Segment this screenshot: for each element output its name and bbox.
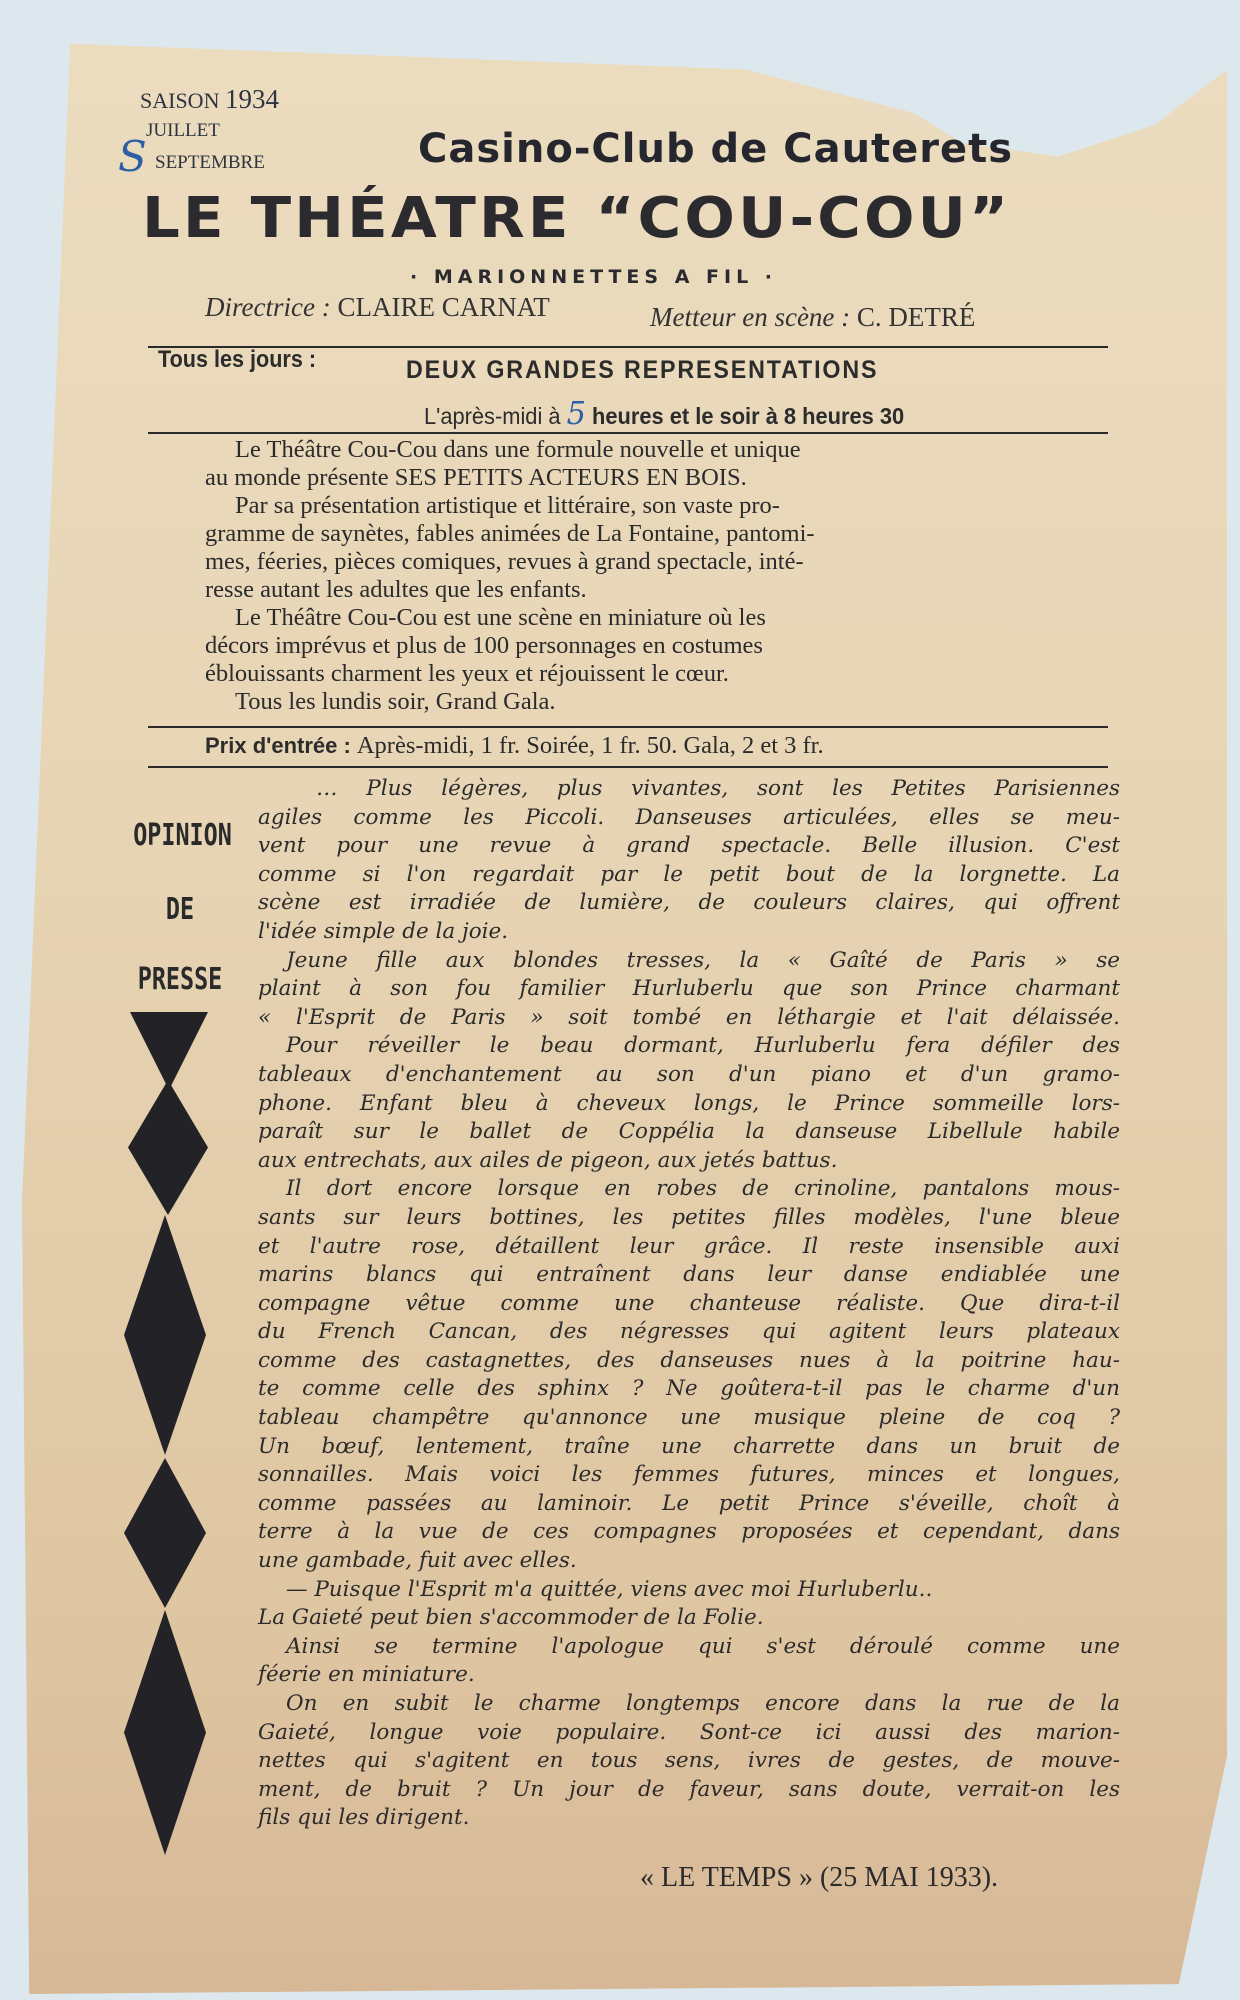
press-line: nettes qui s'agitent en tous sens, ivres…: [258, 1747, 1120, 1776]
venue-name: Casino-Club de Cauterets: [418, 126, 1013, 172]
press-line: tableaux d'enchantement au son d'un pian…: [258, 1061, 1120, 1090]
press-line: comme des castagnettes, des danseuses nu…: [258, 1347, 1120, 1376]
press-line: paraît sur le ballet de Coppélia la dans…: [258, 1118, 1120, 1147]
description-line: au monde présente SES PETITS ACTEURS EN …: [205, 464, 1055, 492]
handwritten-hour: 5: [567, 394, 586, 432]
side-title-presse: PRESSE: [133, 962, 227, 997]
schedule-headline: DEUX GRANDES REPRESENTATIONS: [406, 356, 878, 385]
director-label: Directrice :: [205, 292, 331, 322]
press-line: terre à la vue de ces compagnes proposée…: [258, 1518, 1120, 1547]
handwritten-mark: S: [118, 132, 147, 181]
press-line: compagne vêtue comme une chanteuse réali…: [258, 1290, 1120, 1319]
side-title-de: DE: [133, 892, 227, 927]
season-block: SAISON 1934: [140, 88, 279, 112]
press-line: comme si l'on regardait par le petit bou…: [258, 861, 1120, 890]
press-source: « LE TEMPS » (25 MAI 1933).: [640, 1862, 998, 1894]
description-line: gramme de saynètes, fables animées de La…: [205, 520, 1055, 548]
press-line: te comme celle des sphinx ? Ne goûtera-t…: [258, 1375, 1120, 1404]
stage-credit: Metteur en scène : C. DETRÉ: [650, 302, 975, 333]
divider: [148, 766, 1108, 768]
director-name: CLAIRE CARNAT: [337, 292, 549, 322]
divider: [148, 432, 1108, 434]
press-line: l'idée simple de la joie.: [258, 918, 1120, 947]
prices-text: Après-midi, 1 fr. Soirée, 1 fr. 50. Gala…: [357, 732, 824, 759]
season-year: 1934: [225, 84, 279, 114]
director-credit: Directrice : CLAIRE CARNAT: [205, 292, 550, 323]
side-title-opinion: OPINION: [133, 818, 227, 853]
times-suffix: heures et le soir à 8 heures 30: [592, 403, 904, 429]
prices-label: Prix d'entrée :: [205, 733, 351, 758]
subtitle: · MARIONNETTES A FIL ·: [410, 266, 777, 288]
season-label: SAISON: [140, 88, 219, 113]
press-line: On en subit le charme longtemps encore d…: [258, 1690, 1120, 1719]
press-line: ment, de bruit ? Un jour de faveur, sans…: [258, 1776, 1120, 1805]
press-line: agiles comme les Piccoli. Danseuses arti…: [258, 804, 1120, 833]
press-line: … Plus légères, plus vivantes, sont les …: [258, 775, 1120, 804]
description-line: Par sa présentation artistique et littér…: [205, 492, 1055, 520]
press-line: sonnailles. Mais voici les femmes future…: [258, 1461, 1120, 1490]
press-line: féerie en miniature.: [258, 1661, 1120, 1690]
stage-name: C. DETRÉ: [857, 302, 976, 332]
description-line: éblouissants charment les yeux et réjoui…: [205, 660, 1055, 688]
press-line: comme passées au laminoir. Le petit Prin…: [258, 1490, 1120, 1519]
description-line: Le Théâtre Cou-Cou est une scène en mini…: [205, 604, 1055, 632]
press-line: scène est irradiée de lumière, de couleu…: [258, 889, 1120, 918]
prices: Prix d'entrée : Après-midi, 1 fr. Soirée…: [205, 732, 824, 760]
press-line: phone. Enfant bleu à cheveux longs, le P…: [258, 1090, 1120, 1119]
press-line: Ainsi se termine l'apologue qui s'est dé…: [258, 1633, 1120, 1662]
press-line: Gaieté, longue voie populaire. Sont-ce i…: [258, 1719, 1120, 1748]
press-line: — Puisque l'Esprit m'a quittée, viens av…: [258, 1576, 1120, 1605]
description: Le Théâtre Cou-Cou dans une formule nouv…: [205, 436, 1055, 716]
press-line: du French Cancan, des négresses qui agit…: [258, 1318, 1120, 1347]
schedule-times: L'après-midi à 5 heures et le soir à 8 h…: [424, 394, 904, 432]
stage-label: Metteur en scène :: [650, 302, 850, 332]
months-from: JUILLET: [146, 120, 220, 142]
press-line: marins blancs qui entraînent dans leur d…: [258, 1261, 1120, 1290]
description-line: resse autant les adultes que les enfants…: [205, 576, 1055, 604]
press-line: La Gaieté peut bien s'accommoder de la F…: [258, 1604, 1120, 1633]
press-review: … Plus légères, plus vivantes, sont les …: [258, 775, 1120, 1833]
press-line: et l'autre rose, détaillent leur grâce. …: [258, 1233, 1120, 1262]
press-line: Jeune fille aux blondes tresses, la « Ga…: [258, 947, 1120, 976]
page-title: LE THÉATRE “COU-COU”: [142, 186, 1011, 251]
times-prefix: L'après-midi à: [424, 403, 561, 429]
press-line: plaint à son fou familier Hurluberlu que…: [258, 975, 1120, 1004]
press-line: Il dort encore lorsque en robes de crino…: [258, 1175, 1120, 1204]
press-line: vent pour une revue à grand spectacle. B…: [258, 832, 1120, 861]
press-line: sants sur leurs bottines, les petites fi…: [258, 1204, 1120, 1233]
months-to: SEPTEMBRE: [155, 152, 265, 174]
press-line: fils qui les dirigent.: [258, 1804, 1120, 1833]
press-line: Pour réveiller le beau dormant, Hurluber…: [258, 1032, 1120, 1061]
press-line: tableau champêtre qu'annonce une musique…: [258, 1404, 1120, 1433]
schedule-label: Tous les jours :: [158, 346, 316, 374]
press-line: aux entrechats, aux ailes de pigeon, aux…: [258, 1147, 1120, 1176]
description-line: décors imprévus et plus de 100 personnag…: [205, 632, 1055, 660]
divider: [148, 726, 1108, 728]
description-line: mes, féeries, pièces comiques, revues à …: [205, 548, 1055, 576]
press-line: « l'Esprit de Paris » soit tombé en léth…: [258, 1004, 1120, 1033]
description-line: Le Théâtre Cou-Cou dans une formule nouv…: [205, 436, 1055, 464]
press-line: une gambade, fuit avec elles.: [258, 1547, 1120, 1576]
description-line: Tous les lundis soir, Grand Gala.: [205, 688, 1055, 716]
press-line: Un bœuf, lentement, traîne une charrette…: [258, 1433, 1120, 1462]
